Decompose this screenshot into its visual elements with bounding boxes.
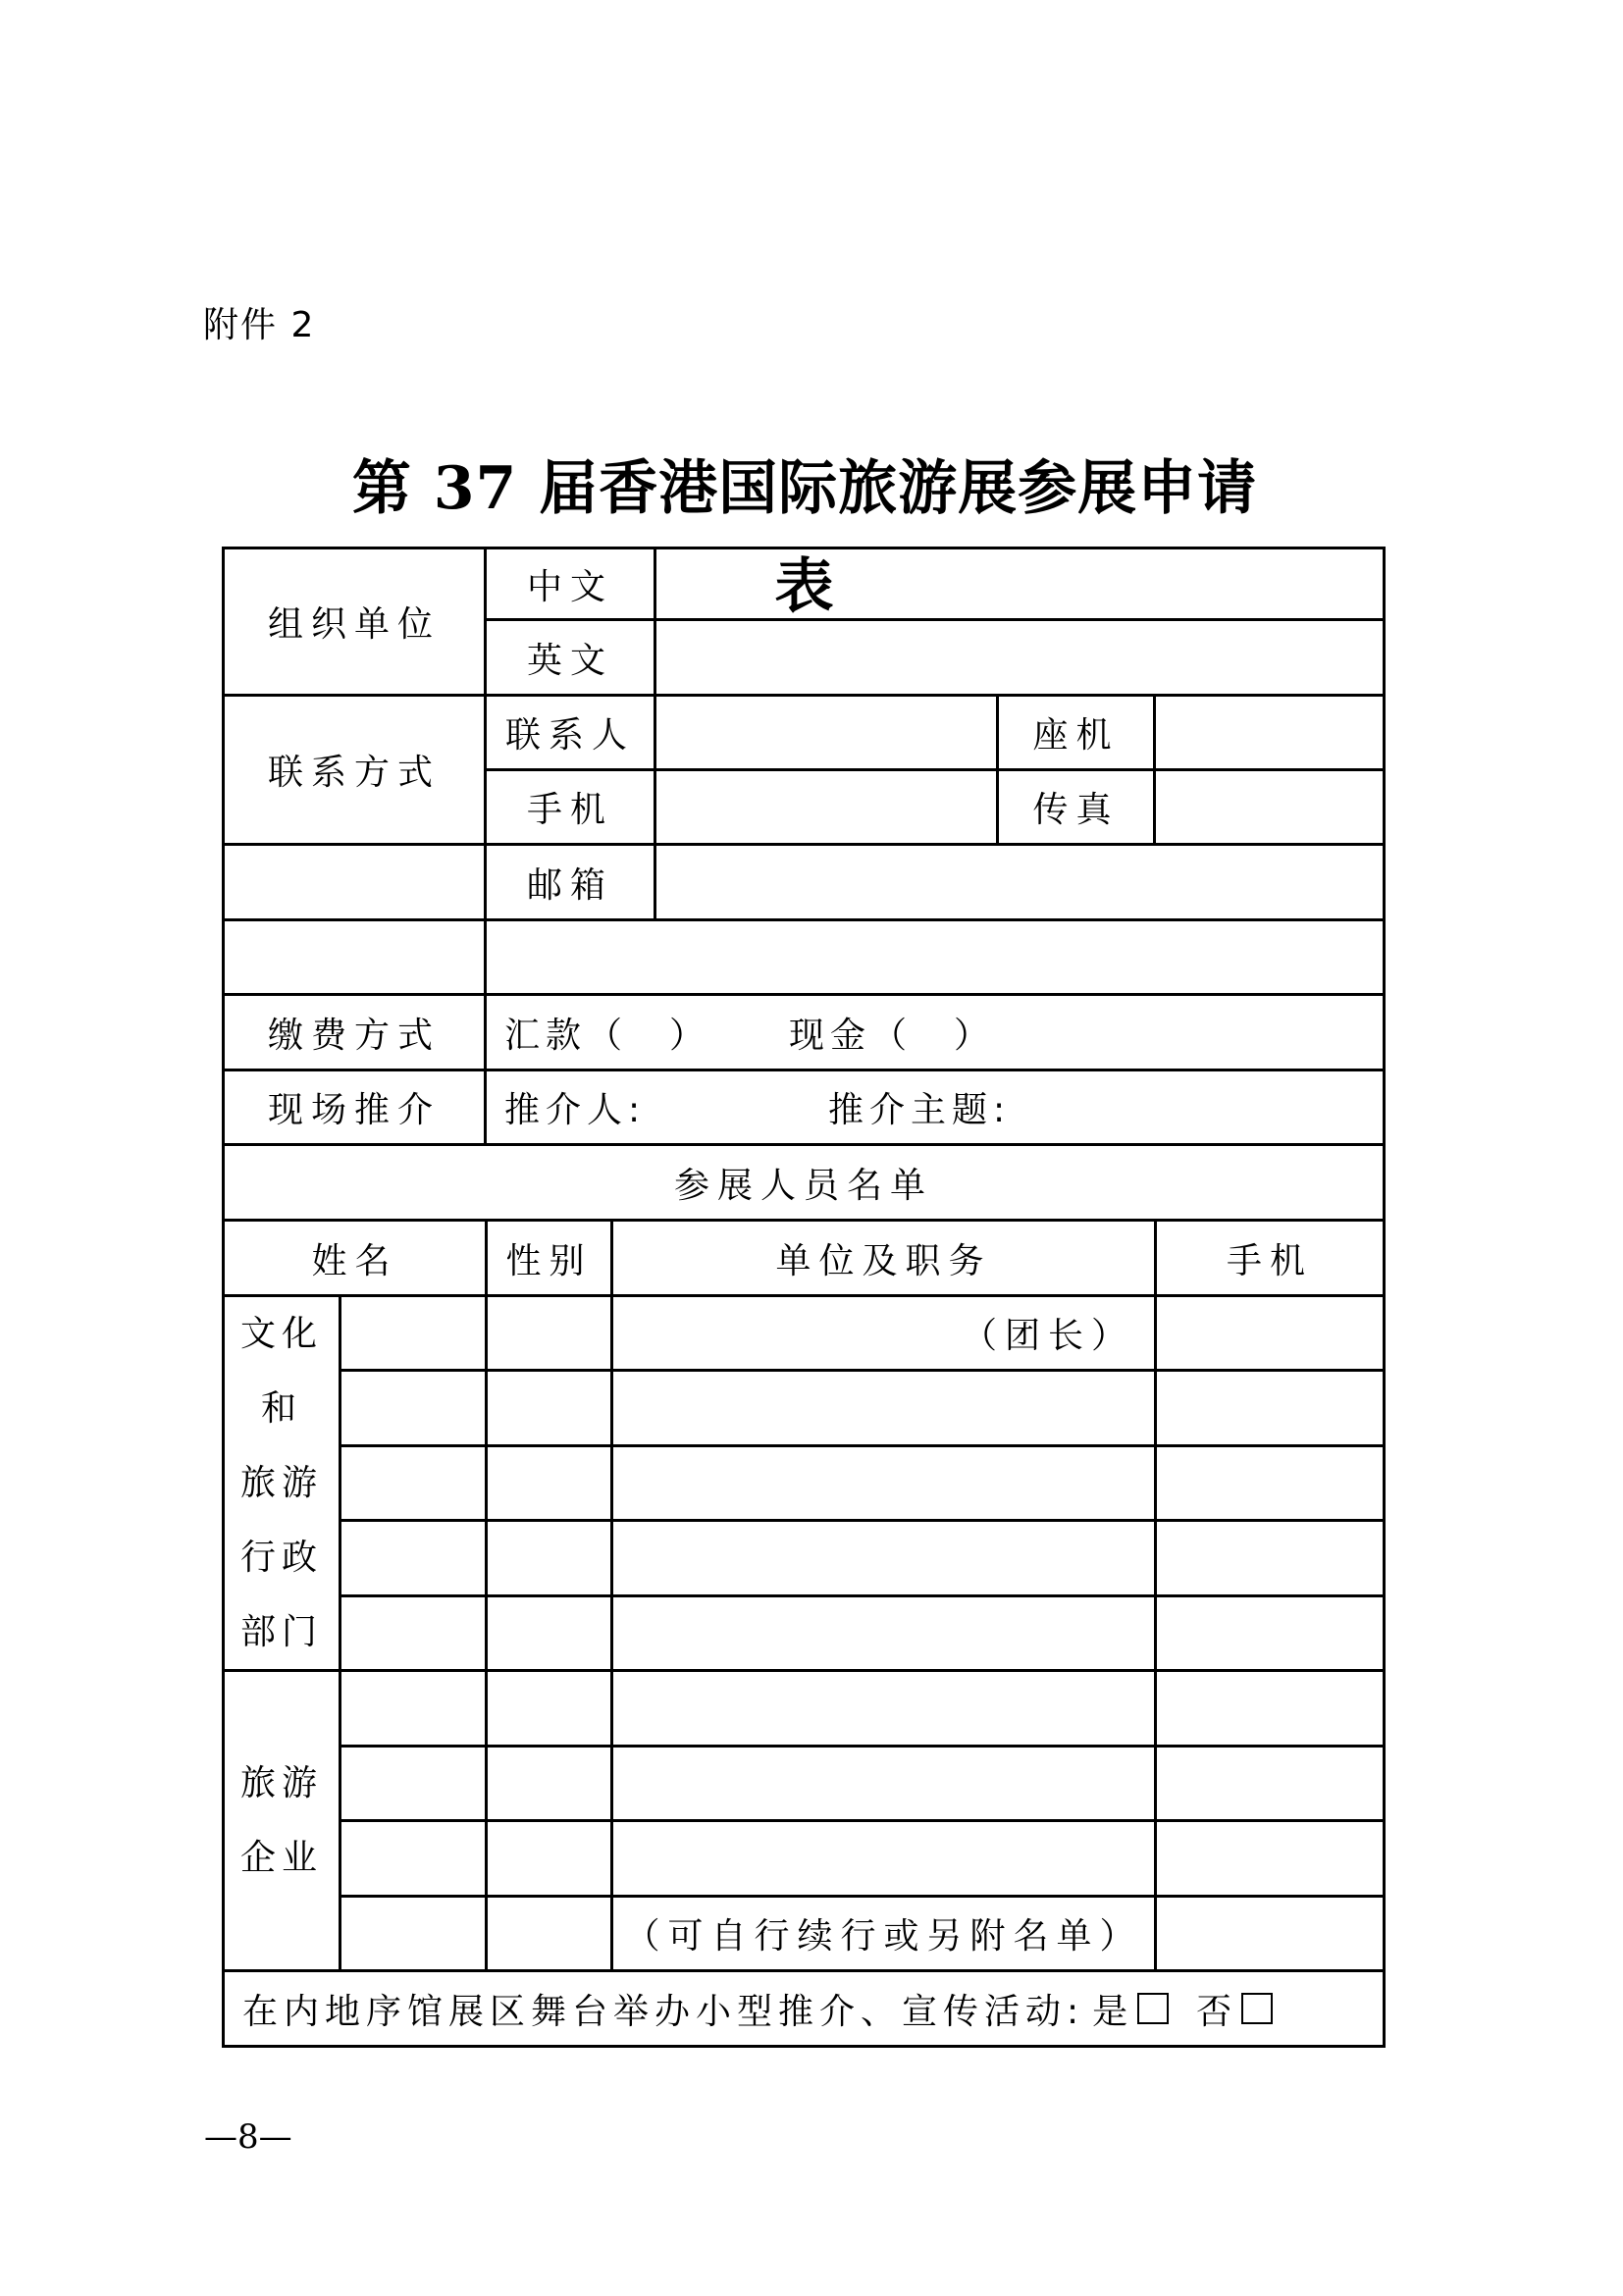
fax-input[interactable] bbox=[1156, 771, 1386, 846]
gov-group-label-line: 文化 bbox=[240, 1297, 323, 1372]
enterprise-row-4-mobile[interactable] bbox=[1157, 1898, 1386, 1972]
enterprise-row-1-unit-title[interactable] bbox=[613, 1672, 1157, 1748]
enterprise-row-4-gender[interactable] bbox=[488, 1898, 613, 1972]
gov-row-5-gender[interactable] bbox=[488, 1597, 613, 1672]
landline-input[interactable] bbox=[1156, 697, 1386, 771]
email-input[interactable] bbox=[656, 846, 1386, 921]
stage-activity-no-label: 否 bbox=[1196, 1984, 1237, 2034]
stage-activity-yes-checkbox[interactable] bbox=[1137, 1993, 1169, 2024]
gov-group-label: 文化 和 旅游 行政 部门 bbox=[222, 1297, 341, 1672]
enterprise-row-2-mobile[interactable] bbox=[1157, 1748, 1386, 1822]
promo-topic-field[interactable]: 推介主题: bbox=[828, 1082, 1011, 1132]
org-english-label: 英文 bbox=[487, 621, 656, 697]
enterprise-group-label-line: 旅游 bbox=[240, 1747, 323, 1821]
gov-group-label-line: 和 bbox=[261, 1372, 302, 1446]
gov-row-3-gender[interactable] bbox=[488, 1447, 613, 1522]
gov-row-3-mobile[interactable] bbox=[1157, 1447, 1386, 1522]
presenter-field[interactable]: 推介人: bbox=[504, 1082, 828, 1132]
enterprise-row-2-unit-title[interactable] bbox=[613, 1748, 1157, 1822]
gov-row-4-gender[interactable] bbox=[488, 1522, 613, 1597]
enterprise-row-3-unit-title[interactable] bbox=[613, 1822, 1157, 1898]
column-header-mobile: 手机 bbox=[1157, 1222, 1386, 1297]
gov-row-4-unit-title[interactable] bbox=[613, 1522, 1157, 1597]
org-english-input[interactable] bbox=[656, 621, 1386, 697]
gov-row-2-name[interactable] bbox=[341, 1372, 488, 1447]
gov-row-4-name[interactable] bbox=[341, 1522, 488, 1597]
email-row-left-blank bbox=[222, 846, 487, 921]
gov-row-5-unit-title[interactable] bbox=[613, 1597, 1157, 1672]
gov-row-3-name[interactable] bbox=[341, 1447, 488, 1522]
gov-row-2-unit-title[interactable] bbox=[613, 1372, 1157, 1447]
attendee-section-title: 参展人员名单 bbox=[222, 1146, 1386, 1222]
attachment-label: 附件 2 bbox=[203, 304, 315, 347]
enterprise-row-2-gender[interactable] bbox=[488, 1748, 613, 1822]
fax-label: 传真 bbox=[999, 771, 1156, 846]
enterprise-row-4-unit-title[interactable]: （可自行续行或另附名单） bbox=[613, 1898, 1157, 1972]
blank-row-left[interactable] bbox=[222, 921, 487, 996]
gov-row-1-unit-title[interactable]: （团长） bbox=[613, 1297, 1157, 1372]
gov-row-1-mobile[interactable] bbox=[1157, 1297, 1386, 1372]
onsite-promo-label: 现场推介 bbox=[222, 1071, 487, 1146]
contact-label: 联系方式 bbox=[222, 697, 487, 846]
application-form-table: 组织单位 中文 英文 联系方式 联系人 座机 手机 传真 邮箱 缴费方式 汇款（… bbox=[222, 547, 1386, 2048]
contact-person-input[interactable] bbox=[656, 697, 999, 771]
contact-person-label: 联系人 bbox=[487, 697, 656, 771]
page-number: —8— bbox=[204, 2117, 292, 2157]
enterprise-row-1-gender[interactable] bbox=[488, 1672, 613, 1748]
gov-row-3-unit-title[interactable] bbox=[613, 1447, 1157, 1522]
payment-options: 汇款（ ） 现金（ ） bbox=[487, 996, 1386, 1071]
org-chinese-input[interactable] bbox=[656, 547, 1386, 621]
org-label: 组织单位 bbox=[222, 547, 487, 697]
onsite-promo-fields: 推介人: 推介主题: bbox=[487, 1071, 1386, 1146]
gov-row-5-mobile[interactable] bbox=[1157, 1597, 1386, 1672]
column-header-name: 姓名 bbox=[222, 1222, 488, 1297]
blank-row-right[interactable] bbox=[487, 921, 1386, 996]
gov-row-2-mobile[interactable] bbox=[1157, 1372, 1386, 1447]
column-header-unit-title: 单位及职务 bbox=[613, 1222, 1157, 1297]
enterprise-row-1-name[interactable] bbox=[341, 1672, 488, 1748]
landline-label: 座机 bbox=[999, 697, 1156, 771]
stage-activity-row: 在内地序馆展区舞台举办小型推介、宣传活动: 是 否 bbox=[222, 1972, 1386, 2048]
enterprise-group-label: 旅游 企业 bbox=[222, 1672, 341, 1972]
enterprise-row-2-name[interactable] bbox=[341, 1748, 488, 1822]
payment-cash-option[interactable]: 现金（ ） bbox=[789, 1008, 995, 1058]
enterprise-row-4-name[interactable] bbox=[341, 1898, 488, 1972]
gov-group-label-line: 行政 bbox=[240, 1521, 323, 1595]
gov-group-label-line: 部门 bbox=[240, 1595, 323, 1670]
enterprise-row-3-gender[interactable] bbox=[488, 1822, 613, 1898]
gov-row-1-name[interactable] bbox=[341, 1297, 488, 1372]
gov-row-4-mobile[interactable] bbox=[1157, 1522, 1386, 1597]
enterprise-row-3-mobile[interactable] bbox=[1157, 1822, 1386, 1898]
gov-row-5-name[interactable] bbox=[341, 1597, 488, 1672]
payment-label: 缴费方式 bbox=[222, 996, 487, 1071]
mobile-input[interactable] bbox=[656, 771, 999, 846]
gov-row-1-gender[interactable] bbox=[488, 1297, 613, 1372]
column-header-gender: 性别 bbox=[488, 1222, 613, 1297]
enterprise-row-1-mobile[interactable] bbox=[1157, 1672, 1386, 1748]
stage-activity-question: 在内地序馆展区舞台举办小型推介、宣传活动: bbox=[242, 1984, 1084, 2034]
stage-activity-yes-label: 是 bbox=[1092, 1984, 1133, 2034]
gov-row-2-gender[interactable] bbox=[488, 1372, 613, 1447]
payment-remittance-option[interactable]: 汇款（ ） bbox=[504, 1008, 789, 1058]
org-chinese-label: 中文 bbox=[487, 547, 656, 621]
enterprise-group-label-line: 企业 bbox=[240, 1821, 323, 1896]
stage-activity-no-checkbox[interactable] bbox=[1241, 1993, 1273, 2024]
mobile-label: 手机 bbox=[487, 771, 656, 846]
enterprise-row-3-name[interactable] bbox=[341, 1822, 488, 1898]
email-label: 邮箱 bbox=[487, 846, 656, 921]
gov-group-label-line: 旅游 bbox=[240, 1446, 323, 1521]
